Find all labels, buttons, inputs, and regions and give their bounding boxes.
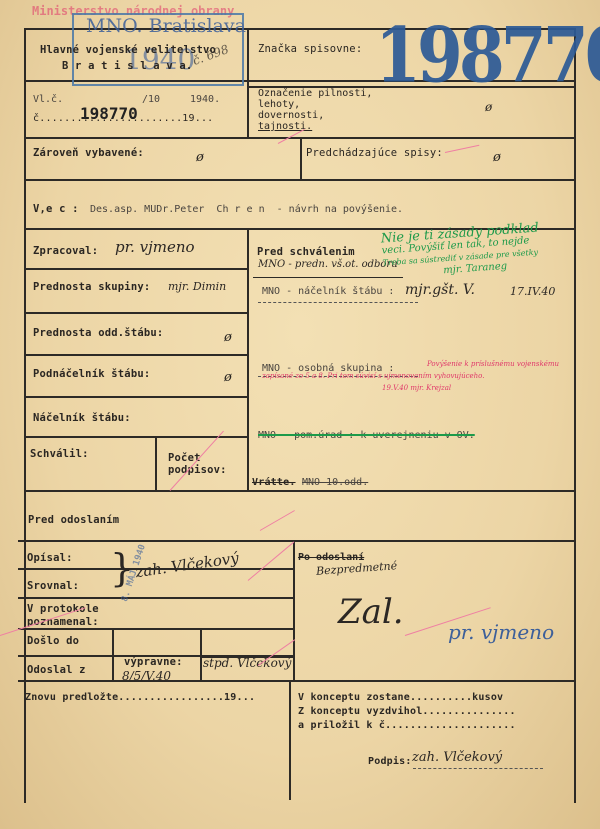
urgency-value: ø (485, 100, 492, 114)
subject-label: V,e c : (33, 203, 79, 215)
previous-files-value: ø (493, 150, 501, 165)
signature-label: Podpis: (368, 756, 412, 767)
concept-line-2: Z konceptu vyzdvihol............... (298, 706, 516, 717)
staff-dept-head-value: ø (224, 330, 232, 345)
ref-prefix: Vl.č. (33, 94, 63, 105)
command-name: Hlavné vojenské velitelstvo (40, 44, 216, 56)
file-mark-handwritten: Zal. (338, 592, 404, 632)
signature-count-label-2: podpisov: (168, 464, 227, 476)
urgency-label: Označenie pilnosti, lehoty, dovernosti, … (258, 88, 372, 132)
group-head-label: Prednosta skupiny: (33, 281, 150, 293)
blue-signature: pr. vjmeno (448, 620, 554, 644)
before-dispatch-label: Pred odoslaním (28, 514, 119, 526)
dispatch-office-handwritten: stpd. Vlčekový (203, 656, 291, 670)
group-head-handwritten: mjr. Dimin (168, 280, 226, 293)
ref-number-stamp: 198770 (80, 104, 138, 123)
ref-suffix: /10 (142, 94, 160, 105)
official-gazette-line: MNO - pom.úrad : k uverejneniu v OV. (258, 430, 475, 441)
before-approval-handwritten: MNO - predn. vš.ot. odboru (258, 259, 398, 270)
arrived-label: Došlo do (27, 635, 79, 647)
return-value: MNO 10.odd. (302, 477, 368, 488)
approved-by-label: Schválil: (30, 448, 89, 460)
enclosures-value: ø (196, 150, 204, 165)
concept-line-3: a priložil k č..................... (298, 720, 516, 731)
red-handwritten-note: Povýšenie k príslušnému vojenskému zapís… (262, 358, 559, 394)
return-label: Vrátte. (252, 477, 296, 488)
compared-label: Srovnal: (27, 580, 79, 592)
concept-line-1: V konceptu zostane..........kusov (298, 692, 503, 703)
document-page: Ministerstvo národnej obrany MNO. Bratis… (0, 0, 600, 829)
dispatch-office-label: výpravne: (124, 656, 183, 668)
registry-stamp-title: MNO. Bratislava (86, 15, 246, 37)
dispatch-office-date: 8/5/V.40 (122, 669, 171, 683)
chief-staff-label: MNO - náčelník štábu : (262, 286, 394, 297)
ref-year: 1940. (190, 94, 220, 105)
file-mark-label: Značka spisovne: (258, 43, 362, 55)
previous-files-label: Predchádzajúce spisy: (306, 147, 443, 159)
subject-text: Des.asp. MUDr.Peter Ch r e n - návrh na … (90, 204, 403, 215)
chief-staff-handwritten: mjr.gšt. V. (405, 282, 475, 298)
before-approval-label: Pred schválenim (257, 246, 355, 258)
copied-label: Opísal: (27, 552, 73, 564)
processed-by-label: Zpracoval: (33, 245, 98, 257)
chief-staff-date: 17.IV.40 (510, 285, 555, 298)
footer-signature: zah. Vlčekový (412, 750, 502, 765)
deputy-chief-value: ø (224, 370, 232, 385)
deputy-chief-label: Podnáčelník štábu: (33, 368, 150, 380)
enclosures-label: Zároveň vybavené: (33, 147, 144, 159)
big-number-stamp: 198770 (375, 10, 600, 100)
resubmit-label: Znovu predložte.................19... (25, 692, 255, 703)
protocol-label-1: V protokole (27, 603, 99, 615)
processed-by-handwritten: pr. vjmeno (115, 238, 195, 256)
chief-of-staff-label: Náčelník štábu: (33, 412, 131, 424)
sent-label: Odoslal z (27, 664, 86, 676)
command-city: B r a t i s l a v a. (62, 60, 192, 72)
staff-dept-head-label: Prednosta odd.štábu: (33, 327, 163, 339)
